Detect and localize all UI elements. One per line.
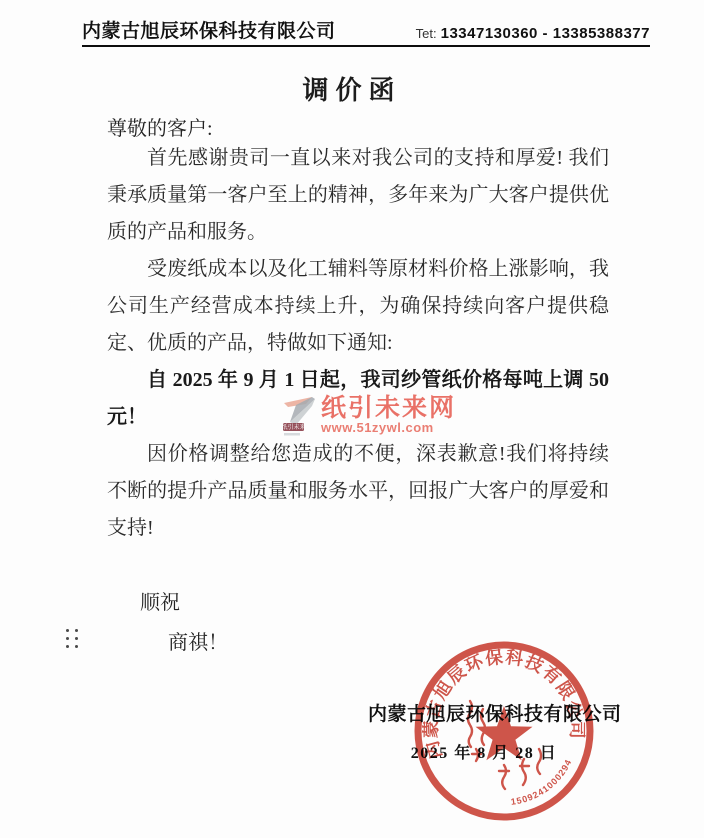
letter-title: 调价函 bbox=[0, 70, 704, 107]
letter-page: 内蒙古旭辰环保科技有限公司 Tet:13347130360 - 13385388… bbox=[0, 0, 704, 838]
paragraph-thanks: 首先感谢贵司一直以来对我公司的支持和厚爱! 我们秉承质量第一客户至上的精神，多年… bbox=[107, 140, 609, 251]
seal-serial-number: 1509241000294 bbox=[510, 757, 574, 807]
paragraph-price-notice: 自 2025 年 9 月 1 日起，我司纱管纸价格每吨上调 50 元！ bbox=[107, 362, 609, 436]
svg-text:1509241000294: 1509241000294 bbox=[510, 757, 574, 807]
closing-salute: 顺祝 bbox=[140, 586, 180, 615]
paragraph-reason: 受废纸成本以及化工辅料等原材料价格上涨影响，我公司生产经营成本持续上升，为确保持… bbox=[107, 251, 609, 362]
letterhead-phone: Tet:13347130360 - 13385388377 bbox=[416, 25, 650, 43]
letter-salutation: 尊敬的客户: bbox=[107, 112, 213, 141]
dot-grid-artifact bbox=[66, 629, 78, 648]
letter-body: 首先感谢贵司一直以来对我公司的支持和厚爱! 我们秉承质量第一客户至上的精神，多年… bbox=[107, 140, 609, 547]
paragraph-apology: 因价格调整给您造成的不便，深表歉意!我们将持续不断的提升产品质量和服务水平，回报… bbox=[107, 436, 609, 547]
signature-date: 2025 年 8 月 28 日 bbox=[368, 740, 600, 763]
closing-wish: 商祺！ bbox=[168, 626, 228, 655]
signature-company-name: 内蒙古旭辰环保科技有限公司 bbox=[368, 699, 600, 726]
phone-numbers: 13347130360 - 13385388377 bbox=[441, 25, 650, 42]
signature-block: 内蒙古旭辰环保科技有限公司 2025 年 8 月 28 日 bbox=[368, 699, 600, 763]
phone-label: Tet: bbox=[416, 26, 437, 41]
letterhead-company-name: 内蒙古旭辰环保科技有限公司 bbox=[82, 16, 336, 43]
letterhead: 内蒙古旭辰环保科技有限公司 Tet:13347130360 - 13385388… bbox=[82, 12, 650, 47]
